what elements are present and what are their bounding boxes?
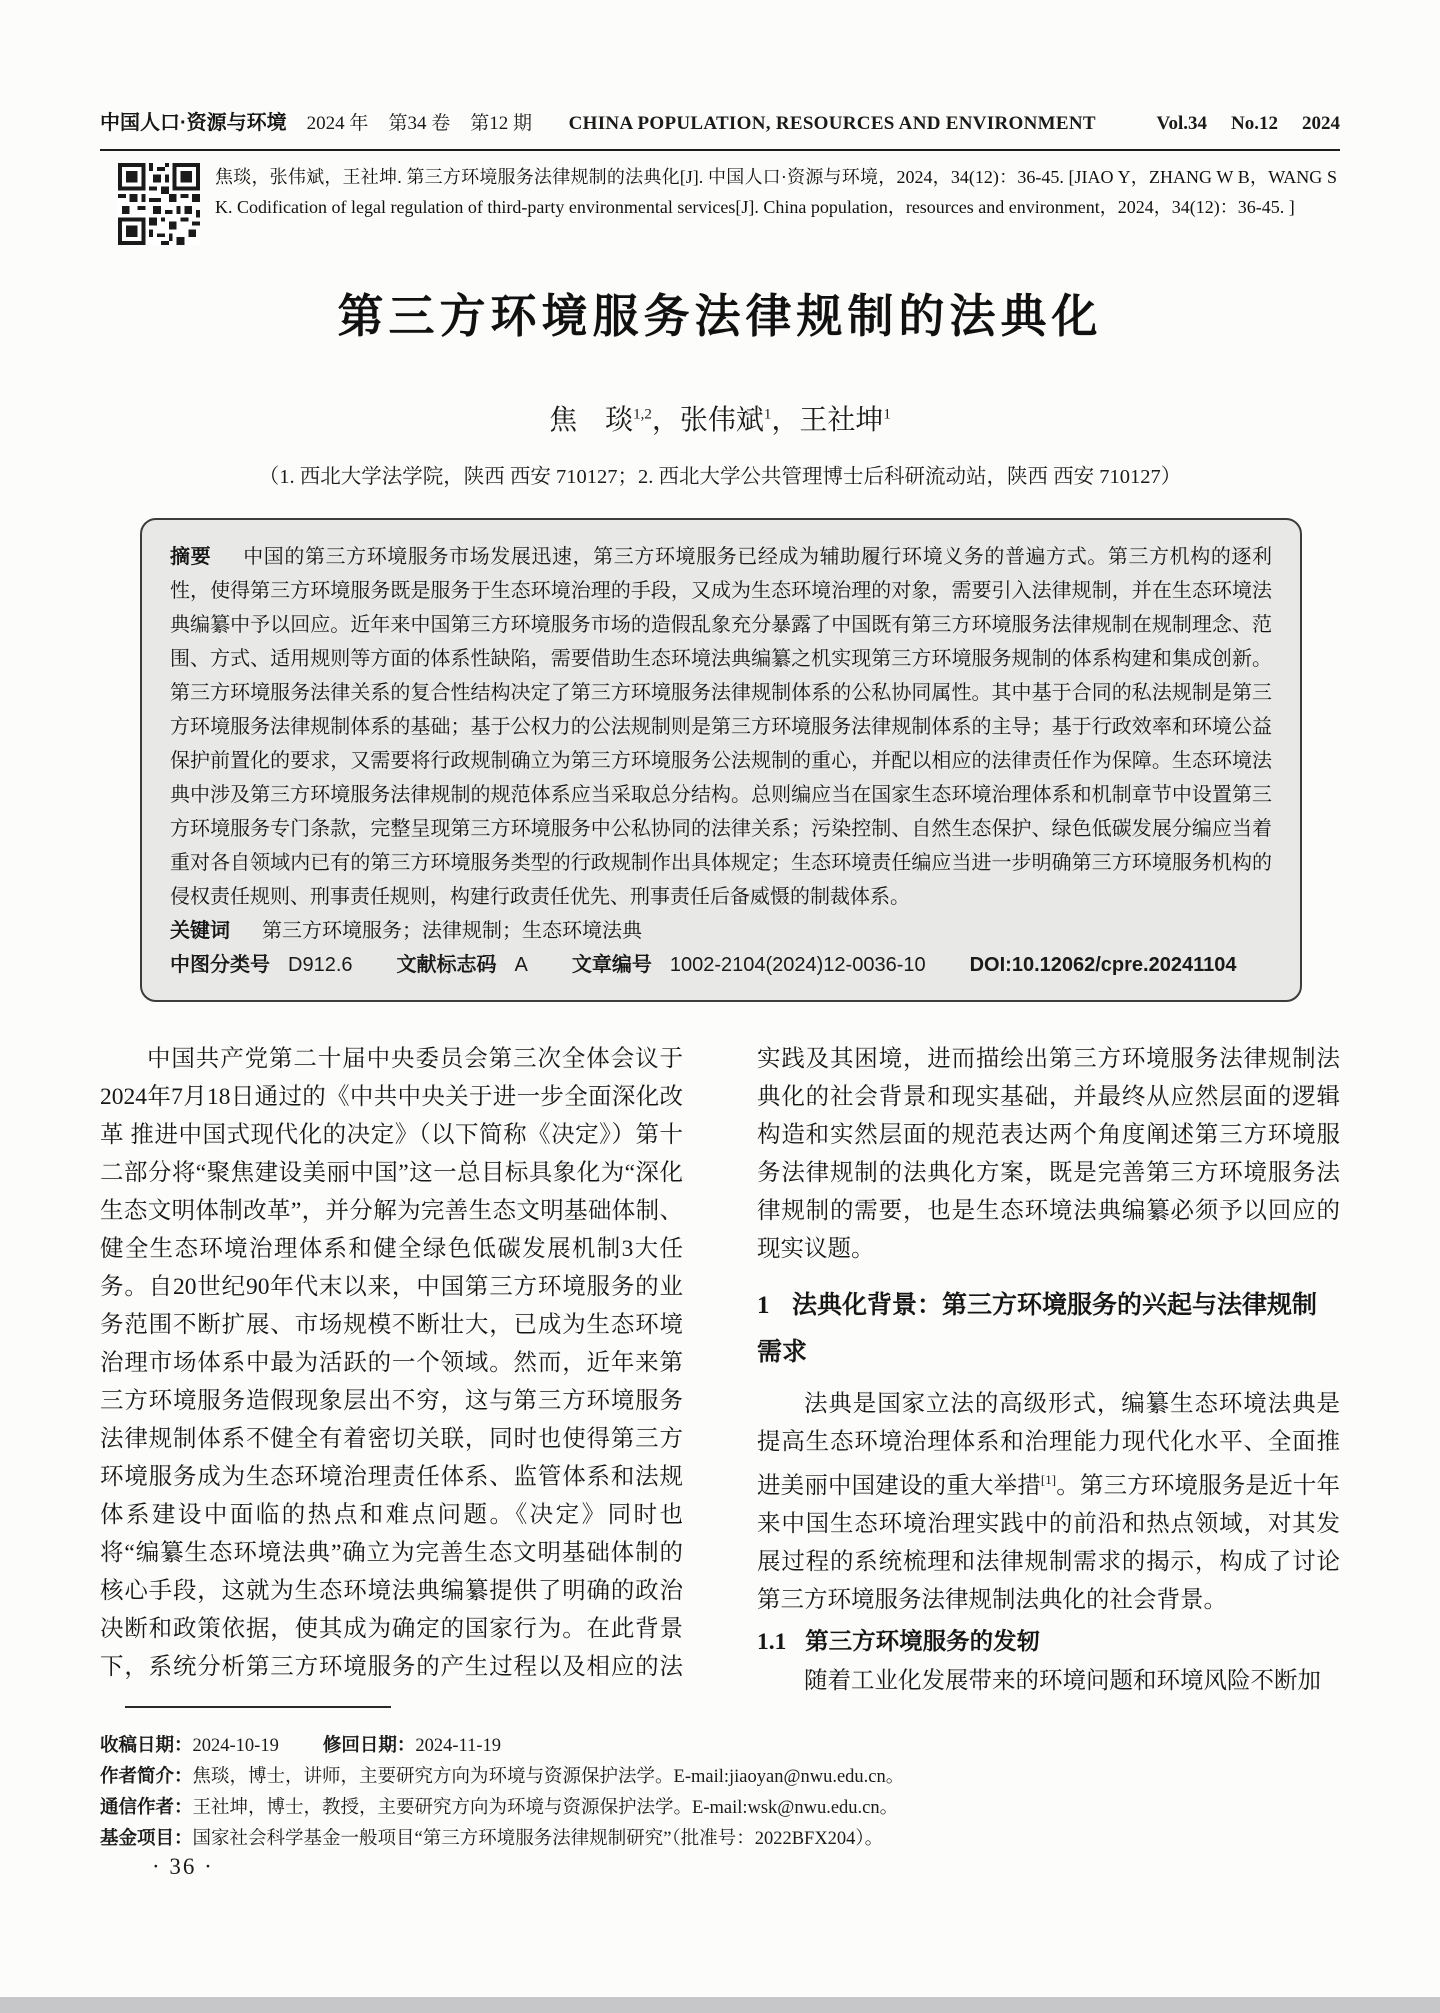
author-1-affil-mark: 1,2 [633, 407, 652, 423]
section-1-number: 1 [757, 1292, 770, 1319]
clc-number: D912.6 [288, 954, 353, 976]
left-column: 中国共产党第二十届中央委员会第三次全体会议于2024年7月18日通过的《中共中央… [100, 1040, 683, 1692]
journal-header-right: Vol.34No.122024 [1132, 113, 1340, 135]
intro-paragraph-continued: 实践及其困境，进而描绘出第三方环境服务法律规制法典化的社会背景和现实基础，并最终… [757, 1040, 1340, 1268]
citation-text: 焦琰，张伟斌，王社坤. 第三方环境服务法律规制的法典化[J]. 中国人口·资源与… [215, 163, 1337, 245]
intro-paragraph-left: 中国共产党第二十届中央委员会第三次全体会议于2024年7月18日通过的《中共中央… [100, 1040, 683, 1692]
author-separator: ， [771, 405, 799, 436]
abstract-paragraph: 摘要中国的第三方环境服务市场发展迅速，第三方环境服务已经成为辅助履行环境义务的普… [170, 540, 1272, 914]
reference-1-marker: [1] [1041, 1472, 1056, 1487]
author-1-name: 焦 琰 [549, 405, 633, 436]
abstract-box: 摘要中国的第三方环境服务市场发展迅速，第三方环境服务已经成为辅助履行环境义务的普… [140, 518, 1302, 1002]
footnote-block: 收稿日期：2024-10-19修回日期：2024-11-19 作者简介：焦琰，博… [100, 1731, 1340, 1855]
subsection-1-1-title: 第三方环境服务的发轫 [805, 1628, 1040, 1654]
doc-code: A [515, 954, 528, 976]
doc-code-label: 文献标志码 [397, 954, 497, 976]
article-id-label: 文章编号 [572, 954, 652, 976]
article-meta-line: 中图分类号D912.6文献标志码A文章编号1002-2104(2024)12-0… [170, 948, 1272, 982]
received-date-label: 收稿日期： [100, 1734, 193, 1755]
section-1-title: 法典化背景：第三方环境服务的兴起与法律规制需求 [757, 1291, 1317, 1366]
author-bio-text: 焦琰，博士，讲师，主要研究方向为环境与资源保护法学。E-mail:jiaoyan… [193, 1767, 905, 1787]
subsection-1-1-heading: 1.1第三方环境服务的发轫 [757, 1621, 1340, 1662]
subsection-1-1-number: 1.1 [757, 1629, 786, 1655]
journal-number-en: No.12 [1231, 113, 1278, 134]
footnote-divider [125, 1706, 391, 1708]
article-id: 1002-2104(2024)12-0036-10 [670, 954, 926, 976]
clc-label: 中图分类号 [170, 954, 270, 976]
revised-date-label: 修回日期： [323, 1734, 416, 1755]
section-1-heading: 1法典化背景：第三方环境服务的兴起与法律规制需求 [757, 1282, 1340, 1375]
subsection-1-1-paragraph: 随着工业化发展带来的环境问题和环境风险不断加 [757, 1662, 1340, 1692]
received-date: 2024-10-19 [193, 1736, 279, 1756]
revised-date: 2024-11-19 [415, 1736, 501, 1756]
section-1-paragraph: 法典是国家立法的高级形式，编纂生态环境法典是提高生态环境治理体系和治理能力现代化… [757, 1385, 1340, 1619]
author-2-name: 张伟斌 [680, 405, 764, 436]
abstract-text: 中国的第三方环境服务市场发展迅速，第三方环境服务已经成为辅助履行环境义务的普遍方… [170, 546, 1272, 908]
keywords-label: 关键词 [170, 920, 230, 942]
journal-name-cn: 中国人口·资源与环境 [100, 112, 287, 134]
right-column: 实践及其困境，进而描绘出第三方环境服务法律规制法典化的社会背景和现实基础，并最终… [757, 1040, 1340, 1692]
article-title: 第三方环境服务法律规制的法典化 [0, 280, 1440, 346]
journal-volume-cn: 第34 卷 [388, 113, 450, 134]
fund-project-text: 国家社会科学基金一般项目“第三方环境服务法律规制研究”（批准号：2022BFX2… [193, 1829, 884, 1849]
doi-text: DOI:10.12062/cpre.20241104 [970, 954, 1237, 976]
fund-project-line: 基金项目：国家社会科学基金一般项目“第三方环境服务法律规制研究”（批准号：202… [100, 1824, 1340, 1855]
journal-header-left: 中国人口·资源与环境2024 年第34 卷第12 期 [100, 106, 532, 135]
paper-page: 中国人口·资源与环境2024 年第34 卷第12 期 CHINA POPULAT… [0, 0, 1440, 1997]
journal-volume-en: Vol.34 [1156, 113, 1207, 134]
body-columns: 中国共产党第二十届中央委员会第三次全体会议于2024年7月18日通过的《中共中央… [100, 1040, 1340, 1692]
citation-block: 焦琰，张伟斌，王社坤. 第三方环境服务法律规制的法典化[J]. 中国人口·资源与… [118, 163, 1342, 245]
dates-line: 收稿日期：2024-10-19修回日期：2024-11-19 [100, 1731, 1340, 1762]
abstract-label: 摘要 [170, 546, 211, 568]
journal-year-en: 2024 [1302, 113, 1340, 134]
keywords-line: 关键词第三方环境服务；法律规制；生态环境法典 [170, 914, 1272, 948]
affiliation-line: （1. 西北大学法学院，陕西 西安 710127；2. 西北大学公共管理博士后科… [0, 459, 1440, 489]
corresponding-author-text: 王社坤，博士，教授，主要研究方向为环境与资源保护法学。E-mail:wsk@nw… [193, 1798, 899, 1818]
journal-year-cn: 2024 年 [307, 113, 369, 134]
page-number: · 36 · [152, 1854, 214, 1880]
keywords-text: 第三方环境服务；法律规制；生态环境法典 [262, 920, 642, 942]
journal-issue-cn: 第12 期 [470, 113, 532, 134]
author-3-affil-mark: 1 [883, 407, 891, 423]
qr-code-icon [118, 163, 200, 245]
authors-line: 焦 琰1,2，张伟斌1，王社坤1 [0, 398, 1440, 438]
author-bio-label: 作者简介： [100, 1765, 193, 1786]
journal-header: 中国人口·资源与环境2024 年第34 卷第12 期 CHINA POPULAT… [100, 106, 1340, 135]
author-bio-line: 作者简介：焦琰，博士，讲师，主要研究方向为环境与资源保护法学。E-mail:ji… [100, 1762, 1340, 1793]
corresponding-author-line: 通信作者：王社坤，博士，教授，主要研究方向为环境与资源保护法学。E-mail:w… [100, 1793, 1340, 1824]
author-3-name: 王社坤 [799, 405, 883, 436]
journal-page-background: { "header": { "journal_cn": "中国人口·资源与环境"… [0, 0, 1440, 2013]
fund-project-label: 基金项目： [100, 1827, 193, 1848]
header-divider [100, 149, 1340, 151]
corresponding-author-label: 通信作者： [100, 1796, 193, 1817]
author-separator: ， [652, 405, 680, 436]
journal-name-en: CHINA POPULATION, RESOURCES AND ENVIRONM… [569, 113, 1096, 135]
